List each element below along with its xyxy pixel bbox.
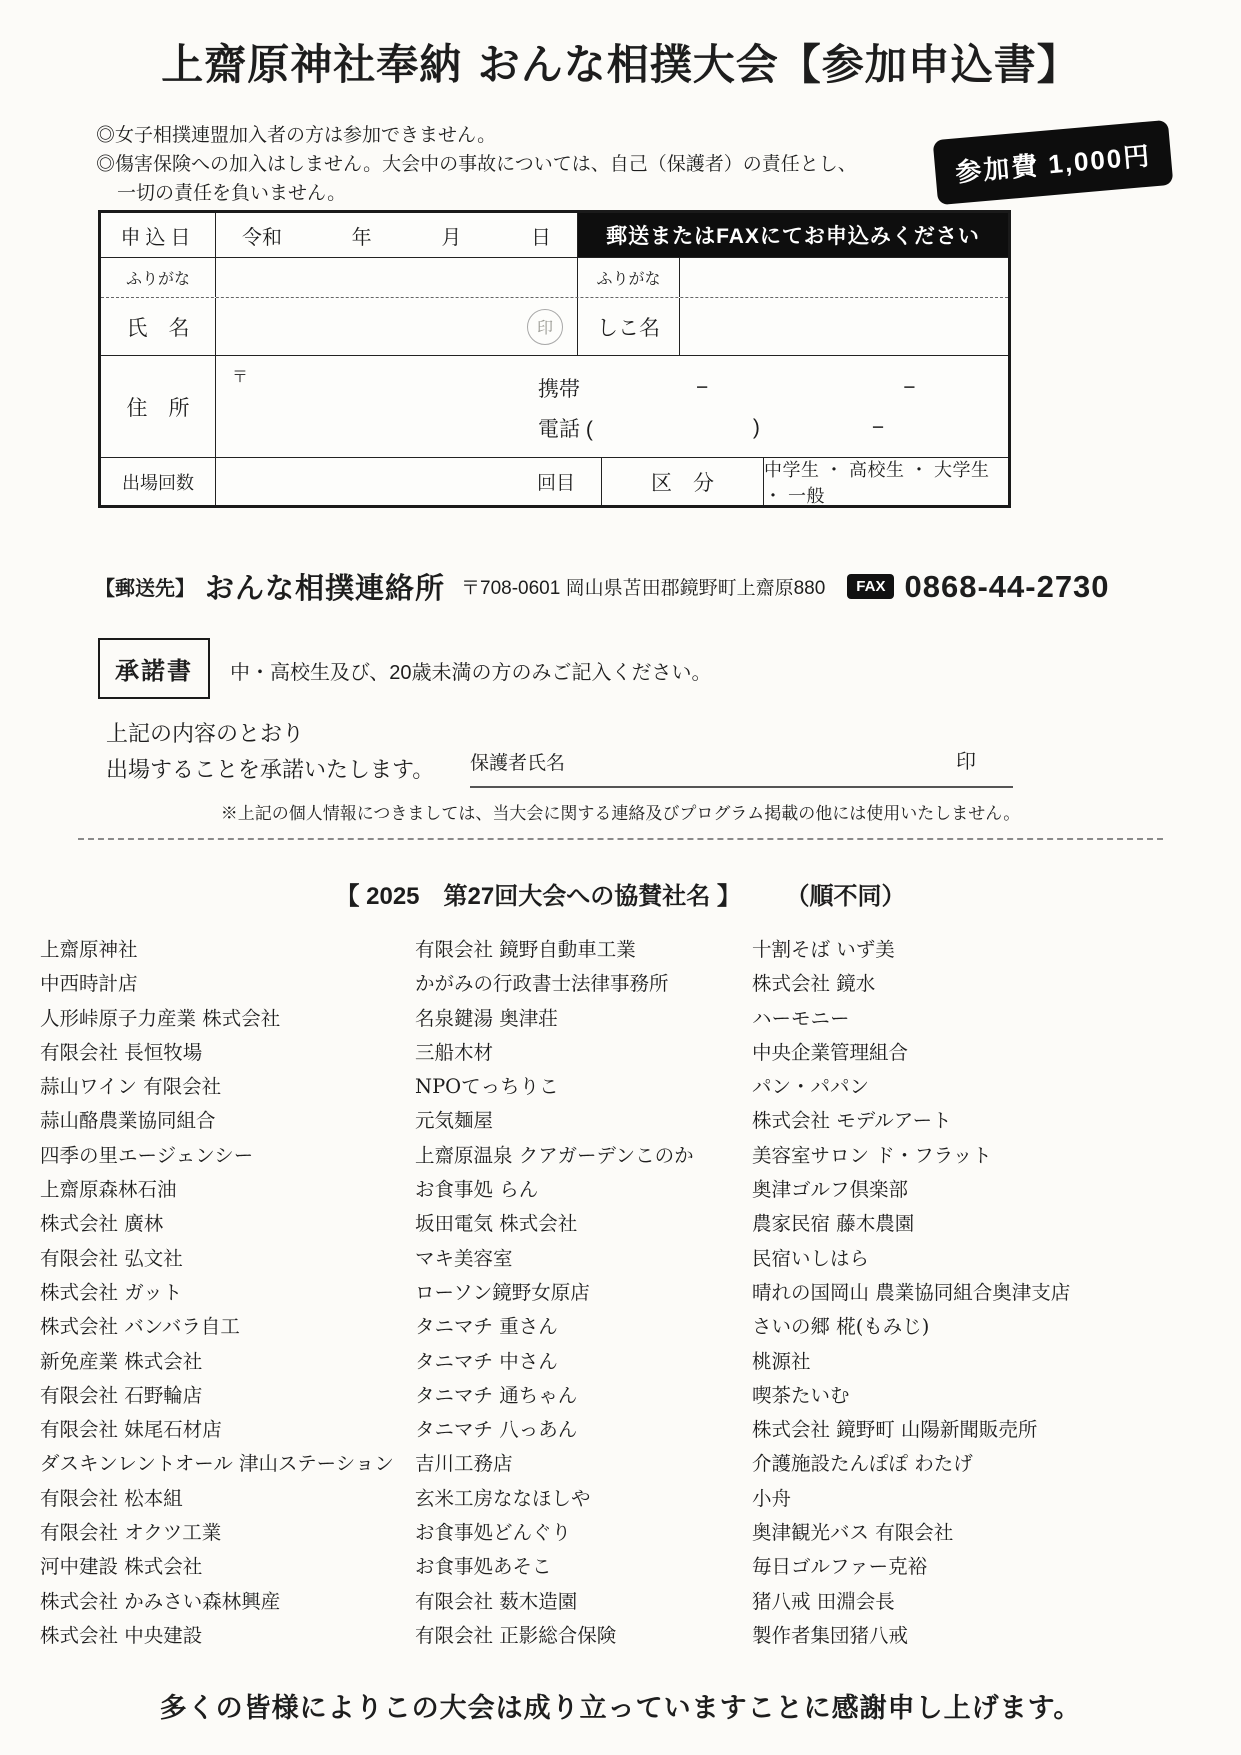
- application-date-label: 申込日: [101, 213, 215, 257]
- sponsor-item: 毎日ゴルファー克裕: [752, 1550, 1070, 1584]
- day-label: 日: [531, 221, 551, 250]
- notice-line-2: ◎傷害保険への加入はしません。大会中の事故については、自己（保護者）の責任とし、: [96, 150, 857, 179]
- sponsor-item: 有限会社 鏡野自動車工業: [415, 933, 694, 967]
- notice-list: ◎女子相撲連盟加入者の方は参加できません。 ◎傷害保険への加入はしません。大会中…: [96, 121, 857, 208]
- sponsor-item: 上齋原神社: [40, 933, 394, 967]
- sponsor-column-2: 有限会社 鏡野自動車工業かがみの行政書士法律事務所名泉鍵湯 奥津荘三船木材NPO…: [415, 933, 694, 1653]
- seal-placeholder-icon: 印: [527, 309, 563, 345]
- mailing-address: 〒708-0601 岡山県苫田郡鏡野町上齋原880: [461, 573, 825, 600]
- mobile-dash-1: −: [696, 376, 708, 400]
- entries-suffix: 回目: [537, 468, 575, 495]
- application-form-sheet: 上齋原神社奉納 おんな相撲大会【参加申込書】 ◎女子相撲連盟加入者の方は参加でき…: [0, 0, 1241, 1755]
- telephone-label: 電話 (: [538, 413, 593, 443]
- month-label: 月: [441, 221, 461, 250]
- sponsor-heading-text: 【 2025 第27回大会への協賛社名 】: [335, 883, 740, 910]
- shikona-furigana-field: [679, 258, 1008, 297]
- sponsor-item: 名泉鍵湯 奥津荘: [415, 1002, 694, 1036]
- address-field: 〒 携帯 − − 電話 ( ) −: [215, 356, 1008, 457]
- consent-statement-line-2: 出場することを承諾いたします。: [106, 752, 434, 788]
- sponsor-item: 桃源社: [752, 1345, 1070, 1379]
- sponsor-item: NPOてっちりこ: [415, 1070, 694, 1104]
- sponsor-item: 中西時計店: [40, 967, 394, 1001]
- category-label: 区 分: [601, 458, 763, 505]
- sponsor-item: 十割そば いず美: [752, 933, 1070, 967]
- name-label: 氏 名: [101, 298, 215, 355]
- submit-method-banner: 郵送またはFAXにてお申込みください: [577, 213, 1008, 257]
- sponsor-item: 上齋原森林石油: [40, 1173, 394, 1207]
- sponsor-item: 奥津ゴルフ倶楽部: [752, 1173, 1070, 1207]
- furigana-label: ふりがな: [101, 258, 215, 297]
- sponsor-item: 株式会社 バンバラ自工: [40, 1310, 394, 1344]
- sponsor-item: 有限会社 石野輪店: [40, 1379, 394, 1413]
- consent-instruction: 中・高校生及び、20歳未満の方のみご記入ください。: [230, 656, 711, 685]
- mobile-dash-2: −: [903, 376, 915, 400]
- fax-number: 0868-44-2730: [904, 569, 1109, 605]
- mobile-label: 携帯: [538, 373, 580, 403]
- sponsor-item: タニマチ 通ちゃん: [415, 1379, 694, 1413]
- row-entries: 出場回数 回目 区 分 中学生 ・ 高校生 ・ 大学生 ・ 一般: [101, 457, 1008, 505]
- sponsor-item: かがみの行政書士法律事務所: [415, 967, 694, 1001]
- sponsor-item: 有限会社 長恒牧場: [40, 1036, 394, 1070]
- sponsor-item: タニマチ 八っあん: [415, 1413, 694, 1447]
- sponsor-item: お食事処 らん: [415, 1173, 694, 1207]
- sponsor-item: タニマチ 重さん: [415, 1310, 694, 1344]
- sponsor-item: 河中建設 株式会社: [40, 1550, 394, 1584]
- postal-mark: 〒: [232, 364, 248, 387]
- mobile-line: 携帯 − −: [538, 368, 916, 408]
- sponsor-heading-suffix: （順不同）: [786, 883, 906, 910]
- mailing-office-name: おんな相撲連絡所: [205, 566, 445, 607]
- consent-statement-line-1: 上記の内容のとおり: [106, 716, 434, 752]
- sponsor-item: マキ美容室: [415, 1242, 694, 1276]
- telephone-line: 電話 ( ) −: [538, 408, 916, 448]
- sponsor-item: 株式会社 中央建設: [40, 1619, 394, 1653]
- row-furigana: ふりがな ふりがな: [101, 257, 1008, 297]
- sponsor-item: 製作者集団猪八戒: [752, 1619, 1070, 1653]
- mailing-label: 【郵送先】: [95, 572, 195, 601]
- sponsor-item: 坂田電気 株式会社: [415, 1207, 694, 1241]
- entries-label: 出場回数: [101, 458, 215, 505]
- sponsor-item: 蒜山ワイン 有限会社: [40, 1070, 394, 1104]
- sponsor-item: 株式会社 廣林: [40, 1207, 394, 1241]
- guardian-name-label: 保護者氏名: [470, 748, 565, 775]
- sponsor-item: 有限会社 松本組: [40, 1482, 394, 1516]
- sponsor-item: 株式会社 鏡野町 山陽新聞販売所: [752, 1413, 1070, 1447]
- shikona-field: [679, 298, 1008, 355]
- sponsor-item: お食事処あそこ: [415, 1550, 694, 1584]
- sponsor-item: さいの郷 椛(もみじ): [752, 1310, 1070, 1344]
- sponsor-item: お食事処どんぐり: [415, 1516, 694, 1550]
- thanks-message: 多くの皆様によりこの大会は成り立っていますことに感謝申し上げます。: [0, 1686, 1241, 1725]
- guardian-name-line: [470, 786, 1013, 788]
- furigana-field: [215, 258, 577, 297]
- telephone-dash: −: [872, 416, 884, 440]
- notice-line-3: 一切の責任を負いません。: [96, 179, 857, 208]
- sponsor-item: 美容室サロン ド・フラット: [752, 1139, 1070, 1173]
- sponsor-item: 株式会社 ガット: [40, 1276, 394, 1310]
- address-label: 住 所: [101, 356, 215, 457]
- name-field: 印: [215, 298, 577, 355]
- sponsor-item: 小舟: [752, 1482, 1070, 1516]
- era-label: 令和: [242, 221, 282, 250]
- sponsor-item: 蒜山酪農業協同組合: [40, 1104, 394, 1138]
- sponsor-item: 農家民宿 藤木農園: [752, 1207, 1070, 1241]
- row-address: 住 所 〒 携帯 − − 電話 ( ) −: [101, 355, 1008, 457]
- phone-fields: 携帯 − − 電話 ( ) −: [538, 368, 916, 448]
- entry-fee-badge: 参加費 1,000円: [932, 120, 1173, 205]
- application-date-field: 令和 年 月 日: [215, 213, 577, 257]
- sponsor-heading: 【 2025 第27回大会への協賛社名 】 （順不同）: [0, 876, 1241, 911]
- sponsor-item: ダスキンレントオール 津山ステーション: [40, 1447, 394, 1481]
- sponsor-item: パン・パパン: [752, 1070, 1070, 1104]
- entries-field: 回目: [215, 458, 601, 505]
- shikona-label: しこ名: [577, 298, 679, 355]
- sponsor-item: 株式会社 モデルアート: [752, 1104, 1070, 1138]
- privacy-note: ※上記の個人情報につきましては、当大会に関する連絡及びプログラム掲載の他には使用…: [0, 799, 1241, 824]
- sponsor-item: 玄米工房ななほしや: [415, 1482, 694, 1516]
- telephone-paren-close: ): [753, 416, 760, 440]
- row-application-date: 申込日 令和 年 月 日 郵送またはFAXにてお申込みください: [101, 213, 1008, 257]
- sponsor-item: 株式会社 かみさい森林興産: [40, 1585, 394, 1619]
- sponsor-item: 四季の里エージェンシー: [40, 1139, 394, 1173]
- consent-box-label: 承諾書: [98, 638, 210, 699]
- sponsor-item: 三船木材: [415, 1036, 694, 1070]
- sponsor-item: 有限会社 妹尾石材店: [40, 1413, 394, 1447]
- sponsor-item: 新免産業 株式会社: [40, 1345, 394, 1379]
- row-name: 氏 名 印 しこ名: [101, 297, 1008, 355]
- sponsor-item: ハーモニー: [752, 1002, 1070, 1036]
- guardian-seal-mark: 印: [956, 745, 976, 774]
- consent-statement: 上記の内容のとおり 出場することを承諾いたします。: [106, 716, 434, 788]
- sponsor-column-3: 十割そば いず美株式会社 鏡水ハーモニー中央企業管理組合パン・パパン株式会社 モ…: [752, 933, 1070, 1653]
- sponsor-item: 晴れの国岡山 農業協同組合奥津支店: [752, 1276, 1070, 1310]
- sponsor-item: ローソン鏡野女原店: [415, 1276, 694, 1310]
- sponsor-item: 奥津観光バス 有限会社: [752, 1516, 1070, 1550]
- cut-line-divider: [78, 838, 1163, 840]
- mailing-info: 【郵送先】 おんな相撲連絡所 〒708-0601 岡山県苫田郡鏡野町上齋原880…: [95, 566, 1110, 607]
- sponsor-item: 元気麺屋: [415, 1104, 694, 1138]
- category-options: 中学生 ・ 高校生 ・ 大学生 ・ 一般: [763, 458, 1008, 505]
- sponsor-item: タニマチ 中さん: [415, 1345, 694, 1379]
- sponsor-item: 人形峠原子力産業 株式会社: [40, 1002, 394, 1036]
- sponsor-column-1: 上齋原神社中西時計店人形峠原子力産業 株式会社有限会社 長恒牧場蒜山ワイン 有限…: [40, 933, 394, 1653]
- sponsor-item: 喫茶たいむ: [752, 1379, 1070, 1413]
- shikona-furigana-label: ふりがな: [577, 258, 679, 297]
- notice-line-1: ◎女子相撲連盟加入者の方は参加できません。: [96, 121, 857, 150]
- sponsor-item: 介護施設たんぽぽ わたげ: [752, 1447, 1070, 1481]
- sponsor-item: 有限会社 オクツ工業: [40, 1516, 394, 1550]
- page-title: 上齋原神社奉納 おんな相撲大会【参加申込書】: [0, 40, 1241, 90]
- sponsor-item: 有限会社 正影総合保険: [415, 1619, 694, 1653]
- sponsor-item: 民宿いしはら: [752, 1242, 1070, 1276]
- sponsor-item: 中央企業管理組合: [752, 1036, 1070, 1070]
- sponsor-item: 株式会社 鏡水: [752, 967, 1070, 1001]
- year-label: 年: [352, 221, 372, 250]
- sponsor-item: 有限会社 薮木造園: [415, 1585, 694, 1619]
- fax-badge: FAX: [847, 574, 894, 599]
- application-table: 申込日 令和 年 月 日 郵送またはFAXにてお申込みください ふりがな ふりが…: [98, 210, 1011, 508]
- sponsor-item: 有限会社 弘文社: [40, 1242, 394, 1276]
- sponsor-item: 上齋原温泉 クアガーデンこのか: [415, 1139, 694, 1173]
- sponsor-item: 猪八戒 田淵会長: [752, 1585, 1070, 1619]
- sponsor-item: 吉川工務店: [415, 1447, 694, 1481]
